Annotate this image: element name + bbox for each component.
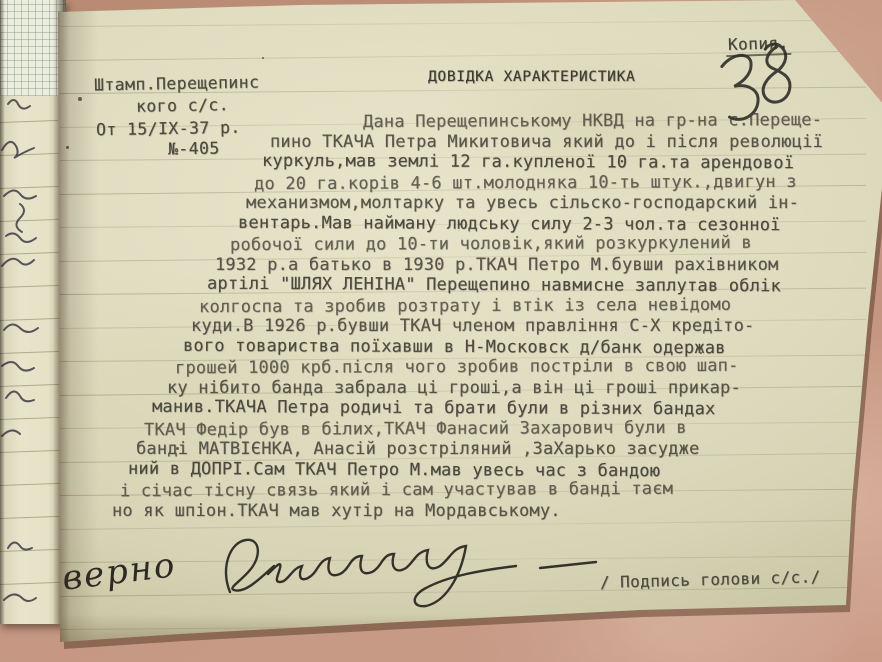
body-line: куркуль,мав землі 12 га.купленої 10 га.т…	[262, 151, 794, 173]
body-line: до 20 га.корів 4-6 шт.молодняка 10-ть шт…	[254, 171, 797, 193]
ruled-line	[60, 20, 866, 28]
stamp-line: №-405	[168, 139, 220, 159]
body-line: но як шпіон.ТКАЧ мав хутір на Мордавсько…	[112, 501, 561, 521]
body-line: артілі "ШЛЯХ ЛЕНІНА" Перещепино навмисне…	[207, 274, 781, 297]
body-line: ку нібито банда забрала ці гроші,а він ц…	[167, 378, 741, 398]
notebook-page-edge	[0, 0, 66, 624]
body-line: манив.ТКАЧА Петра родичі та брати були в…	[152, 397, 716, 419]
body-line: механизмом,молтарку та увесь сільско-гос…	[246, 193, 799, 213]
body-line: вентарь.Мав найману людську силу 2-3 чол…	[238, 212, 781, 234]
stamp-line: кого с/с.	[136, 95, 229, 116]
strip-shadow	[0, 0, 66, 624]
paper-left-edge-shadow	[58, 0, 102, 662]
body-line: і січас тісну связь який і сам участував…	[120, 479, 673, 501]
document-paper: Копия. Штамп.Перещепинского с/с.От 15/ІХ…	[0, 0, 882, 662]
body-line: куди.В 1926 р.бувши ТКАЧ членом правлінн…	[191, 316, 754, 336]
body-line: робочої сили до 10-ти чоловік,який розку…	[230, 233, 752, 255]
body-line: Дана Перещепинському НКВД на гр-на с.Пер…	[363, 110, 822, 132]
stamp-line: От 15/ІХ-37 р.	[96, 118, 241, 140]
ink-speck	[262, 57, 264, 59]
body-line: пино ТКАЧА Петра Микитовича який до і пі…	[270, 132, 823, 152]
body-line: ний в ДОПРІ.Сам ТКАЧ Петро М.мав увесь ч…	[128, 458, 660, 480]
doc-title: ДОВІДКА ХАРАКТЕРИСТИКА	[428, 69, 635, 85]
body-line: вого товариства поїхавши в Н-Московск д/…	[183, 335, 726, 357]
stamp-line: Штамп.Перещепинс	[94, 73, 260, 95]
body-line: колгоспа та зробив розтрату і втік із се…	[199, 294, 731, 316]
body-line: 1932 р.а батько в 1930 р.ТКАЧ Петро М.бу…	[215, 255, 778, 275]
body-line: ТКАЧ Федір був в білих,ТКАЧ Фанасий Заха…	[144, 417, 687, 439]
body-line: банді МАТВІЄНКА, Анасій розстріляний ,За…	[136, 439, 699, 459]
body-line: грошей 1000 крб.після чого зробив пострі…	[175, 356, 739, 378]
